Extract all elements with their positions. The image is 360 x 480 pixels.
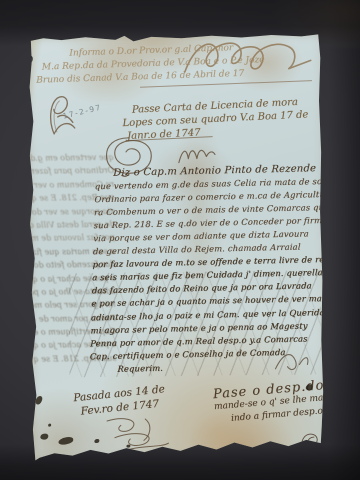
torn-edge-notch (28, 254, 32, 268)
manuscript-paper: Informa o D.or Prov.or g.al Cap.mor M.a … (25, 32, 330, 464)
ink-blot (40, 434, 48, 440)
ink-blot (58, 436, 74, 445)
ink-blot (35, 395, 44, 405)
photo-backdrop: Informa o D.or Prov.or g.al Cap.mor M.a … (0, 0, 360, 480)
torn-edge-notch (28, 56, 33, 63)
letter-flourish (177, 143, 217, 167)
paraph-flourish (90, 414, 186, 457)
ink-blot (48, 424, 51, 427)
approval-note-text: Pase o desp.do mande-se o q' se lhe mand… (213, 377, 348, 427)
bleed-line: que vertendo em g.de das suas Celia ria … (29, 151, 114, 165)
stray-flourish (271, 344, 311, 374)
signature-paraph (298, 426, 342, 457)
